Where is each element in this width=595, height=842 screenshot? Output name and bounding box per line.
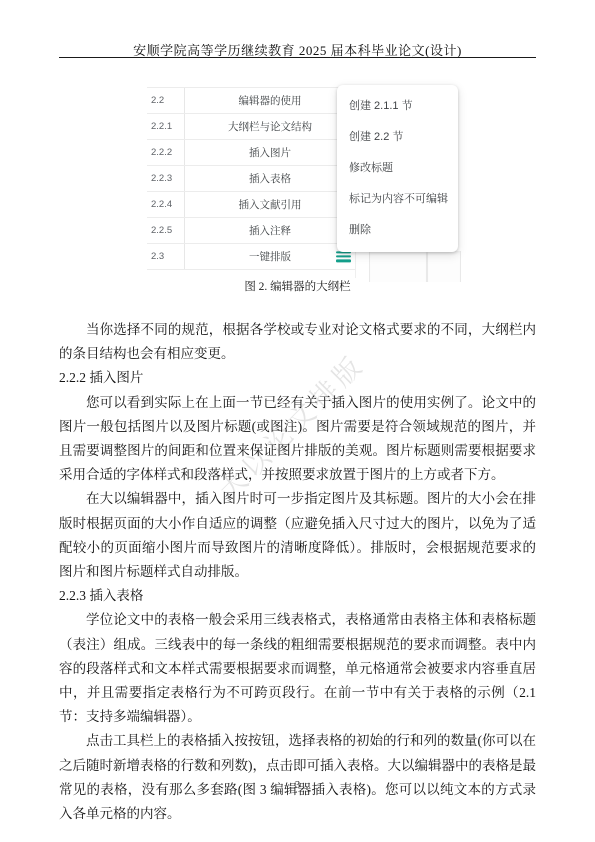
outline-row: 2.3 一键排版 bbox=[147, 244, 355, 270]
outline-row-number: 2.3 bbox=[147, 244, 185, 269]
outline-context-menu: 创建 2.1.1 节 创建 2.2 节 修改标题 标记为内容不可编辑 删除 bbox=[337, 85, 458, 252]
paragraph: 在大以编辑器中，插入图片时可一步指定图片及其标题。图片的大小会在排版时根据页面的… bbox=[59, 487, 536, 584]
outline-row-number: 2.2.3 bbox=[147, 166, 185, 191]
outline-row-label: 一键排版 bbox=[185, 249, 355, 264]
menu-item-create-section: 创建 2.2 节 bbox=[337, 122, 458, 153]
outline-row-label: 插入文献引用 bbox=[185, 197, 355, 212]
outline-row-number: 2.2 bbox=[147, 88, 185, 113]
outline-row: 2.2.4 插入文献引用 bbox=[147, 192, 355, 218]
outline-row: 2.2.5 插入注释 bbox=[147, 218, 355, 244]
paragraph: 您可以看到实际上在上面一节已经有关于插入图片的使用实例了。论文中的图片一般包括图… bbox=[59, 391, 536, 488]
outline-row-label: 插入图片 bbox=[185, 145, 355, 160]
outline-table: 2.2 编辑器的使用 2.2.1 大纲栏与论文结构 2.2.2 插入图片 2.2… bbox=[147, 87, 355, 270]
list-icon bbox=[336, 251, 351, 262]
section-heading-222: 2.2.2 插入图片 bbox=[59, 366, 536, 390]
outline-row-label: 插入表格 bbox=[185, 171, 355, 186]
body-text: 当你选择不同的规范，根据各学校或专业对论文格式要求的不同，大纲栏内的条目结构也会… bbox=[59, 318, 536, 826]
menu-item-create-subsection: 创建 2.1.1 节 bbox=[337, 91, 458, 122]
menu-item-edit-title: 修改标题 bbox=[337, 153, 458, 184]
outline-row: 2.2.2 插入图片 bbox=[147, 140, 355, 166]
menu-item-delete: 删除 bbox=[337, 215, 458, 246]
paragraph: 当你选择不同的规范，根据各学校或专业对论文格式要求的不同，大纲栏内的条目结构也会… bbox=[59, 318, 536, 366]
outline-row: 2.2.3 插入表格 bbox=[147, 166, 355, 192]
section-heading-223: 2.2.3 插入表格 bbox=[59, 584, 536, 608]
outline-row-number: 2.2.4 bbox=[147, 192, 185, 217]
outline-row-label: 编辑器的使用 bbox=[185, 93, 355, 108]
outline-row-label: 插入注释 bbox=[185, 223, 355, 238]
document-page: 安顺学院高等学历继续教育 2025 届本科毕业论文(设计) 2.2 编辑器的使用… bbox=[0, 0, 595, 842]
figure-outline-screenshot: 2.2 编辑器的使用 2.2.1 大纲栏与论文结构 2.2.2 插入图片 2.2… bbox=[0, 0, 595, 300]
paragraph: 学位论文中的表格一般会采用三线表格式，表格通常由表格主体和表格标题（表注）组成。… bbox=[59, 608, 536, 729]
menu-item-mark-noneditable: 标记为内容不可编辑 bbox=[337, 184, 458, 215]
outline-row-number: 2.2.2 bbox=[147, 140, 185, 165]
outline-row-number: 2.2.1 bbox=[147, 114, 185, 139]
outline-row: 2.2 编辑器的使用 bbox=[147, 88, 355, 114]
outline-row-label: 大纲栏与论文结构 bbox=[185, 119, 355, 134]
outline-row-number: 2.2.5 bbox=[147, 218, 185, 243]
paragraph: 点击工具栏上的表格插入按按钮，选择表格的初始的行和列的数量(你可以在之后随时新增… bbox=[59, 729, 536, 826]
figure-caption: 图 2. 编辑器的大纲栏 bbox=[0, 278, 595, 294]
outline-row: 2.2.1 大纲栏与论文结构 bbox=[147, 114, 355, 140]
